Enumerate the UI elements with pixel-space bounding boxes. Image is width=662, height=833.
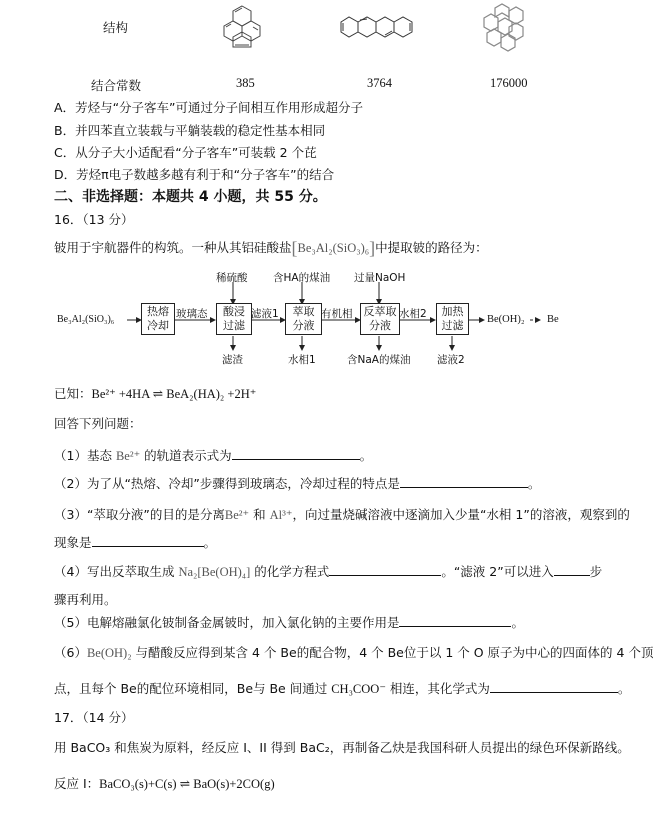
box-line: 过滤 (217, 319, 251, 333)
q16-part5: （5）电解熔融氯化铍制备金属铍时，加入氯化钠的主要作用是。 (54, 613, 524, 631)
part-text: 现象是 (54, 535, 92, 550)
box-line: 过滤 (437, 319, 468, 333)
part-end: 。 (528, 476, 541, 491)
flow-box-extraction: 萃取分液 (285, 303, 322, 335)
q16-part6-line2: 点，且每个 Be的配位环境相同，Be与 Be 间通过 CH₃COO⁻ 相连，其化… (54, 679, 630, 697)
q16-part3-line2: 现象是。 (54, 533, 216, 551)
reaction-label: 反应 I： (54, 776, 99, 791)
part-text: 的轨道表示式为 (140, 448, 231, 463)
q17-reaction-1: 反应 I：BaCO₃(s)+C(s) ⇌ BaO(s)+2CO(g) (54, 774, 275, 792)
input-naoh: 过量NaOH (354, 270, 405, 285)
formula: Na₂[Be(OH)₄] (178, 565, 250, 579)
part-text: （2）为了从“热熔、冷却”步骤得到玻璃态，冷却过程的特点是 (54, 476, 400, 491)
q17-intro: 用 BaCO₃ 和焦炭为原料，经反应 I、II 得到 BaC₂，再制备乙炔是我国… (54, 738, 630, 756)
answer-blank[interactable] (490, 681, 618, 693)
part-text: （5）电解熔融氯化铍制备金属铍时，加入氯化钠的主要作用是 (54, 615, 399, 630)
known-eq: Be²⁺ +4HA ⇌ BeA₂(HA)₂ +2H⁺ (92, 387, 257, 401)
output-aqueous1: 水相1 (288, 352, 316, 367)
ion: Be²⁺ (225, 508, 249, 522)
known-label: 已知： (54, 386, 92, 401)
ion: Al³⁺ (270, 508, 293, 522)
part-text: 相连，其化学式为 (386, 681, 490, 696)
q16-part6: （6）Be(OH)₂ 与醋酸反应得到某含 4 个 Be的配合物，4 个 Be位于… (54, 643, 653, 661)
part-end: 。 (204, 535, 217, 550)
flow-box-heat-filter: 加热过滤 (436, 303, 469, 335)
part-text: 。“滤液 2”可以进入 (441, 564, 553, 579)
q17-header: 17．（14 分） (54, 708, 134, 726)
flow-box-melt-cool: 热熔冷却 (141, 303, 175, 335)
output-filtrate2: 滤液2 (437, 352, 465, 367)
answer-blank[interactable] (92, 535, 204, 547)
ion: Be²⁺ (116, 449, 140, 463)
part-end: 。 (360, 448, 373, 463)
part-text: 步 (590, 564, 603, 579)
flow-product-beoh2: Be(OH)₂ (487, 314, 524, 325)
arrow-label-glass: 玻璃态 (176, 306, 208, 321)
part-text: （4）写出反萃取生成 (54, 564, 178, 579)
part-end: 。 (511, 615, 524, 630)
answer-blank[interactable] (399, 615, 511, 627)
box-line: 分液 (286, 319, 321, 333)
output-naa-kerosene: 含NaA的煤油 (347, 352, 410, 367)
answer-blank[interactable] (232, 448, 360, 460)
arrow-label-organic: 有机相 (321, 306, 353, 321)
answer-blank[interactable] (554, 564, 590, 576)
flow-start: Be₃Al₂(SiO₃)₆ (57, 314, 114, 325)
flow-box-back-extraction: 反萃取分液 (360, 303, 400, 335)
q16-part4-line2: 骤再利用。 (54, 590, 117, 608)
output-residue: 滤渣 (222, 352, 243, 367)
known-equation: 已知：Be²⁺ +4HA ⇌ BeA₂(HA)₂ +2H⁺ (54, 384, 256, 402)
arrow-label-aqueous2: 水相2 (399, 306, 427, 321)
formula: Be(OH)₂ (87, 646, 132, 660)
part-text: 的化学方程式 (250, 564, 329, 579)
answer-blank[interactable] (329, 564, 441, 576)
part-text: （1）基态 (54, 448, 116, 463)
box-line: 加热 (437, 305, 468, 319)
reaction-equation: BaCO₃(s)+C(s) ⇌ BaO(s)+2CO(g) (99, 777, 274, 791)
part-text: 和 (249, 507, 269, 522)
answer-blank[interactable] (400, 476, 528, 488)
anion: CH₃COO⁻ (331, 682, 386, 696)
box-line: 萃取 (286, 305, 321, 319)
flow-final-be: Be (547, 314, 559, 325)
q16-part1: （1）基态 Be²⁺ 的轨道表示式为。 (54, 446, 372, 464)
part-text: （6） (54, 645, 87, 660)
part-text: 点，且每个 Be的配位环境相同，Be与 Be 间通过 (54, 681, 331, 696)
input-sulfuric-acid: 稀硫酸 (216, 270, 248, 285)
box-line: 冷却 (142, 319, 174, 333)
box-line: 热熔 (142, 305, 174, 319)
box-line: 酸浸 (217, 305, 251, 319)
input-ha-kerosene: 含HA的煤油 (273, 270, 330, 285)
q16-part2: （2）为了从“热熔、冷却”步骤得到玻璃态，冷却过程的特点是。 (54, 474, 540, 492)
box-line: 分液 (361, 319, 399, 333)
part-text: 与醋酸反应得到某含 4 个 Be的配合物，4 个 Be位于以 1 个 O 原子为… (132, 645, 654, 660)
box-line: 反萃取 (361, 305, 399, 319)
part-text: （3）“萃取分液”的目的是分离 (54, 507, 225, 522)
flow-box-acid-leach: 酸浸过滤 (216, 303, 252, 335)
q16-part4: （4）写出反萃取生成 Na₂[Be(OH)₄] 的化学方程式。“滤液 2”可以进… (54, 562, 602, 580)
arrow-label-filtrate1: 滤液1 (251, 306, 279, 321)
answer-prompt: 回答下列问题： (54, 414, 142, 432)
q16-part3: （3）“萃取分液”的目的是分离Be²⁺ 和 Al³⁺，向过量烧碱溶液中逐滴加入少… (54, 505, 630, 523)
part-end: 。 (618, 681, 631, 696)
part-text: ，向过量烧碱溶液中逐滴加入少量“水相 1”的溶液，观察到的 (292, 507, 629, 522)
